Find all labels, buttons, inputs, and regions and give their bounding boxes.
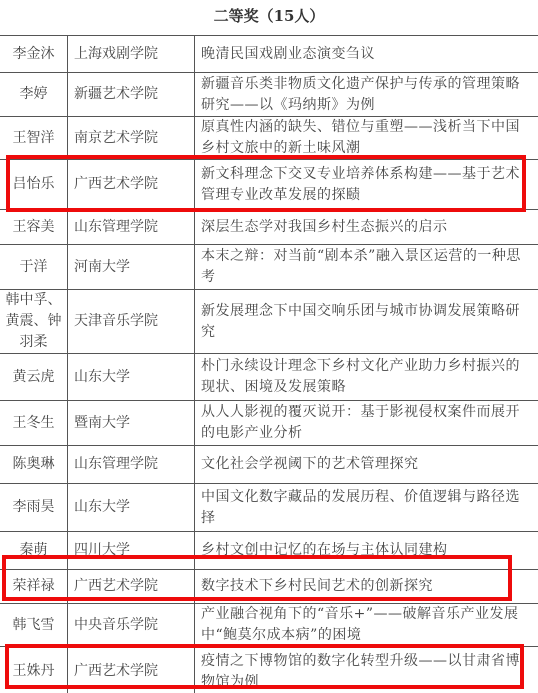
winner-name: 李婷 [0, 73, 68, 117]
paper-topic: 文化社会学视阈下的艺术管理探究 [195, 446, 538, 484]
paper-topic: 新疆音乐类非物质文化遗产保护与传承的管理策略研究——以《玛纳斯》为例 [195, 73, 538, 117]
table-row-highlighted: 王姝丹 广西艺术学院 疫情之下博物馆的数字化转型升级——以甘肃省博物馆为例 [0, 647, 538, 693]
awards-table: 李金沐 上海戏剧学院 晚清民国戏剧业态演变刍议 李婷 新疆艺术学院 新疆音乐类非… [0, 35, 538, 693]
table-row: 李金沐 上海戏剧学院 晚清民国戏剧业态演变刍议 [0, 36, 538, 73]
winner-school: 四川大学 [68, 532, 195, 570]
table-row: 李雨昊 山东大学 中国文化数字藏品的发展历程、价值逻辑与路径选择 [0, 484, 538, 532]
table-row: 王容美 山东管理学院 深层生态学对我国乡村生态振兴的启示 [0, 210, 538, 245]
winner-school: 南京艺术学院 [68, 117, 195, 160]
table-row: 王智洋 南京艺术学院 原真性内涵的缺失、错位与重塑——浅析当下中国乡村文旅中的新… [0, 117, 538, 160]
paper-topic: 新发展理念下中国交响乐团与城市协调发展策略研究 [195, 290, 538, 354]
table-row: 王冬生 暨南大学 从人人影视的覆灭说开：基于影视侵权案件而展开的电影产业分析 [0, 401, 538, 446]
table-row: 秦萌 四川大学 乡村文创中记忆的在场与主体认同建构 [0, 532, 538, 570]
winner-school: 山东管理学院 [68, 210, 195, 245]
winner-name: 黄云虎 [0, 354, 68, 401]
winner-school: 暨南大学 [68, 401, 195, 446]
table-row: 韩飞雪 中央音乐学院 产业融合视角下的“音乐+”——破解音乐产业发展中“鲍莫尔成… [0, 604, 538, 647]
table-row-highlighted: 吕怡乐 广西艺术学院 新文科理念下交叉专业培养体系构建——基于艺术管理专业改革发… [0, 160, 538, 210]
winner-school: 新疆艺术学院 [68, 73, 195, 117]
winner-school: 广西艺术学院 [68, 160, 195, 210]
winner-name: 王冬生 [0, 401, 68, 446]
winner-name: 王容美 [0, 210, 68, 245]
table-row: 黄云虎 山东大学 朴门永续设计理念下乡村文化产业助力乡村振兴的现状、困境及发展策… [0, 354, 538, 401]
winner-school: 山东管理学院 [68, 446, 195, 484]
table-row-highlighted: 荣祥禄 广西艺术学院 数字技术下乡村民间艺术的创新探究 [0, 570, 538, 604]
winner-school: 山东大学 [68, 484, 195, 532]
winner-school: 广西艺术学院 [68, 570, 195, 604]
paper-topic: 新文科理念下交叉专业培养体系构建——基于艺术管理专业改革发展的探赜 [195, 160, 538, 210]
paper-topic: 本末之辩：对当前“剧本杀”融入景区运营的一种思考 [195, 245, 538, 290]
paper-topic: 晚清民国戏剧业态演变刍议 [195, 36, 538, 73]
paper-topic: 乡村文创中记忆的在场与主体认同建构 [195, 532, 538, 570]
paper-topic: 深层生态学对我国乡村生态振兴的启示 [195, 210, 538, 245]
paper-topic: 数字技术下乡村民间艺术的创新探究 [195, 570, 538, 604]
table-row: 陈奥琳 山东管理学院 文化社会学视阈下的艺术管理探究 [0, 446, 538, 484]
award-title: 二等奖（15人） [0, 0, 538, 35]
winner-name: 秦萌 [0, 532, 68, 570]
winner-school: 上海戏剧学院 [68, 36, 195, 73]
winner-school: 中央音乐学院 [68, 604, 195, 647]
winner-name: 韩中孚、黄震、钟羽柔 [0, 290, 68, 354]
winner-school: 山东大学 [68, 354, 195, 401]
paper-topic: 产业融合视角下的“音乐+”——破解音乐产业发展中“鲍莫尔成本病”的困境 [195, 604, 538, 647]
paper-topic: 中国文化数字藏品的发展历程、价值逻辑与路径选择 [195, 484, 538, 532]
paper-topic: 原真性内涵的缺失、错位与重塑——浅析当下中国乡村文旅中的新土味风潮 [195, 117, 538, 160]
table-row: 于洋 河南大学 本末之辩：对当前“剧本杀”融入景区运营的一种思考 [0, 245, 538, 290]
table-row: 李婷 新疆艺术学院 新疆音乐类非物质文化遗产保护与传承的管理策略研究——以《玛纳… [0, 73, 538, 117]
paper-topic: 从人人影视的覆灭说开：基于影视侵权案件而展开的电影产业分析 [195, 401, 538, 446]
winner-name: 王姝丹 [0, 647, 68, 693]
winner-name: 吕怡乐 [0, 160, 68, 210]
winner-name: 李金沐 [0, 36, 68, 73]
paper-topic: 疫情之下博物馆的数字化转型升级——以甘肃省博物馆为例 [195, 647, 538, 693]
winner-name: 荣祥禄 [0, 570, 68, 604]
winner-name: 王智洋 [0, 117, 68, 160]
winner-school: 广西艺术学院 [68, 647, 195, 693]
winner-name: 韩飞雪 [0, 604, 68, 647]
winner-school: 河南大学 [68, 245, 195, 290]
winner-name: 陈奥琳 [0, 446, 68, 484]
table-row: 韩中孚、黄震、钟羽柔 天津音乐学院 新发展理念下中国交响乐团与城市协调发展策略研… [0, 290, 538, 354]
winner-name: 于洋 [0, 245, 68, 290]
winner-name: 李雨昊 [0, 484, 68, 532]
paper-topic: 朴门永续设计理念下乡村文化产业助力乡村振兴的现状、困境及发展策略 [195, 354, 538, 401]
winner-school: 天津音乐学院 [68, 290, 195, 354]
